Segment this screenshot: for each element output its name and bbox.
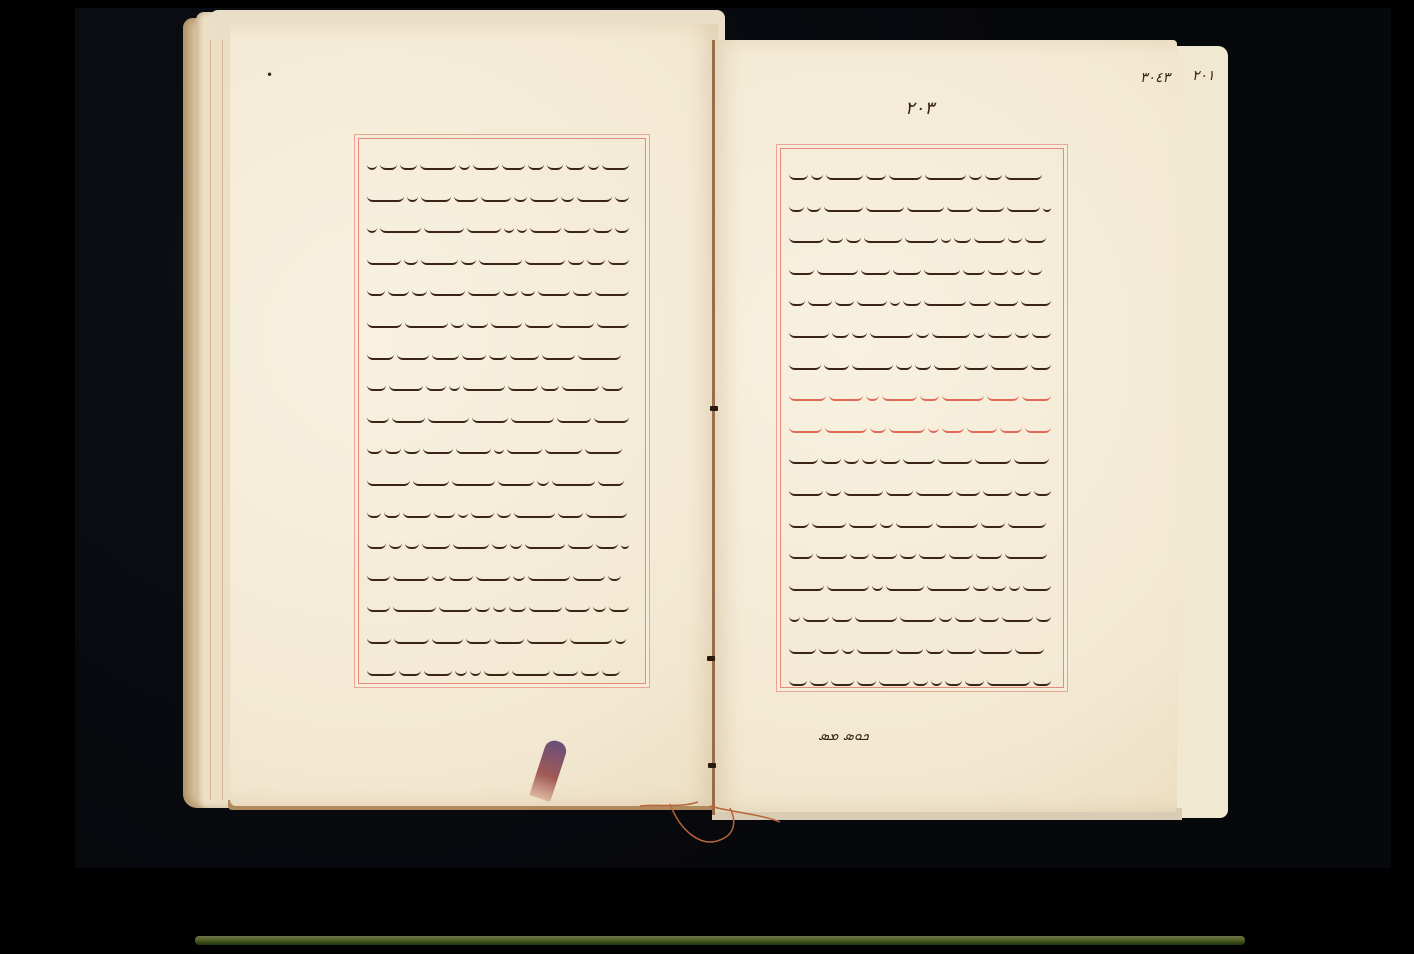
- handwriting-strokes: [789, 671, 1055, 683]
- loose-thread: [640, 800, 780, 860]
- text-line: [789, 597, 1055, 629]
- text-line: [367, 145, 637, 177]
- handwriting-strokes: [789, 386, 1055, 398]
- text-line: [789, 376, 1055, 408]
- text-line: [367, 303, 637, 335]
- handwriting-strokes: [789, 165, 1055, 177]
- handwriting-strokes: [789, 418, 1055, 430]
- handwriting-strokes: [367, 376, 637, 388]
- text-line: [367, 429, 637, 461]
- handwriting-strokes: [367, 597, 637, 609]
- handwriting-strokes: [789, 544, 1055, 556]
- sewing-stitch: [710, 406, 718, 411]
- handwriting-strokes: [367, 661, 637, 673]
- handwriting-strokes: [789, 576, 1055, 588]
- text-line: [367, 240, 637, 272]
- gutter-fold: [712, 40, 715, 815]
- handwriting-strokes: [367, 629, 637, 641]
- handwriting-strokes: [789, 607, 1055, 619]
- folio-number: ٣٠٤٣: [1140, 70, 1170, 86]
- handwriting-strokes: [367, 187, 637, 199]
- footer-note: ܟܘܣ ܡܣ: [818, 728, 869, 744]
- text-line: [367, 493, 637, 525]
- text-line: [789, 218, 1055, 250]
- corner-mark: •: [266, 68, 273, 82]
- right-text-lines: [789, 155, 1055, 692]
- sewing-stitch: [708, 763, 716, 768]
- handwriting-strokes: [367, 155, 637, 167]
- handwriting-strokes: [789, 639, 1055, 651]
- sewing-stitch: [707, 656, 715, 661]
- text-line: [367, 366, 637, 398]
- text-line: [789, 281, 1055, 313]
- text-line: [367, 177, 637, 209]
- handwriting-strokes: [367, 345, 637, 357]
- handwriting-strokes: [789, 513, 1055, 525]
- text-line: [367, 461, 637, 493]
- text-line: [789, 187, 1055, 219]
- open-manuscript: • ٢٠٣ ٣٠٤٣ ٢٠١ ܟܘܣ ܡܣ: [0, 0, 1414, 954]
- text-line: [789, 345, 1055, 377]
- handwriting-strokes: [367, 250, 637, 262]
- text-line: [367, 271, 637, 303]
- text-line: [789, 250, 1055, 282]
- text-line: [367, 651, 637, 683]
- text-line: [789, 566, 1055, 598]
- handwriting-strokes: [789, 355, 1055, 367]
- text-line: [789, 313, 1055, 345]
- handwriting-strokes: [367, 408, 637, 420]
- right-text-block: [780, 148, 1064, 688]
- handwriting-strokes: [367, 281, 637, 293]
- handwriting-strokes: [789, 449, 1055, 461]
- text-line: [789, 629, 1055, 661]
- text-line: [367, 208, 637, 240]
- handwriting-strokes: [789, 260, 1055, 272]
- handwriting-strokes: [367, 503, 637, 515]
- text-line: [367, 335, 637, 367]
- left-text-lines: [367, 145, 637, 682]
- page-number: ٢٠٣: [905, 98, 934, 119]
- handwriting-strokes: [367, 313, 637, 325]
- handwriting-strokes: [789, 323, 1055, 335]
- text-line: [789, 408, 1055, 440]
- handwriting-strokes: [367, 439, 637, 451]
- folio-number: ٢٠١: [1192, 68, 1215, 84]
- text-line: [367, 398, 637, 430]
- handwriting-strokes: [367, 218, 637, 230]
- text-line: [789, 471, 1055, 503]
- text-line: [789, 534, 1055, 566]
- text-line: [367, 556, 637, 588]
- text-line: [789, 661, 1055, 693]
- handwriting-strokes: [367, 566, 637, 578]
- text-line: [789, 503, 1055, 535]
- text-line: [789, 439, 1055, 471]
- text-line: [367, 587, 637, 619]
- handwriting-strokes: [367, 471, 637, 483]
- handwriting-strokes: [789, 228, 1055, 240]
- text-line: [367, 619, 637, 651]
- handwriting-strokes: [789, 481, 1055, 493]
- text-line: [367, 524, 637, 556]
- text-line: [789, 155, 1055, 187]
- handwriting-strokes: [367, 534, 637, 546]
- handwriting-strokes: [789, 197, 1055, 209]
- left-text-block: [358, 138, 646, 684]
- handwriting-strokes: [789, 291, 1055, 303]
